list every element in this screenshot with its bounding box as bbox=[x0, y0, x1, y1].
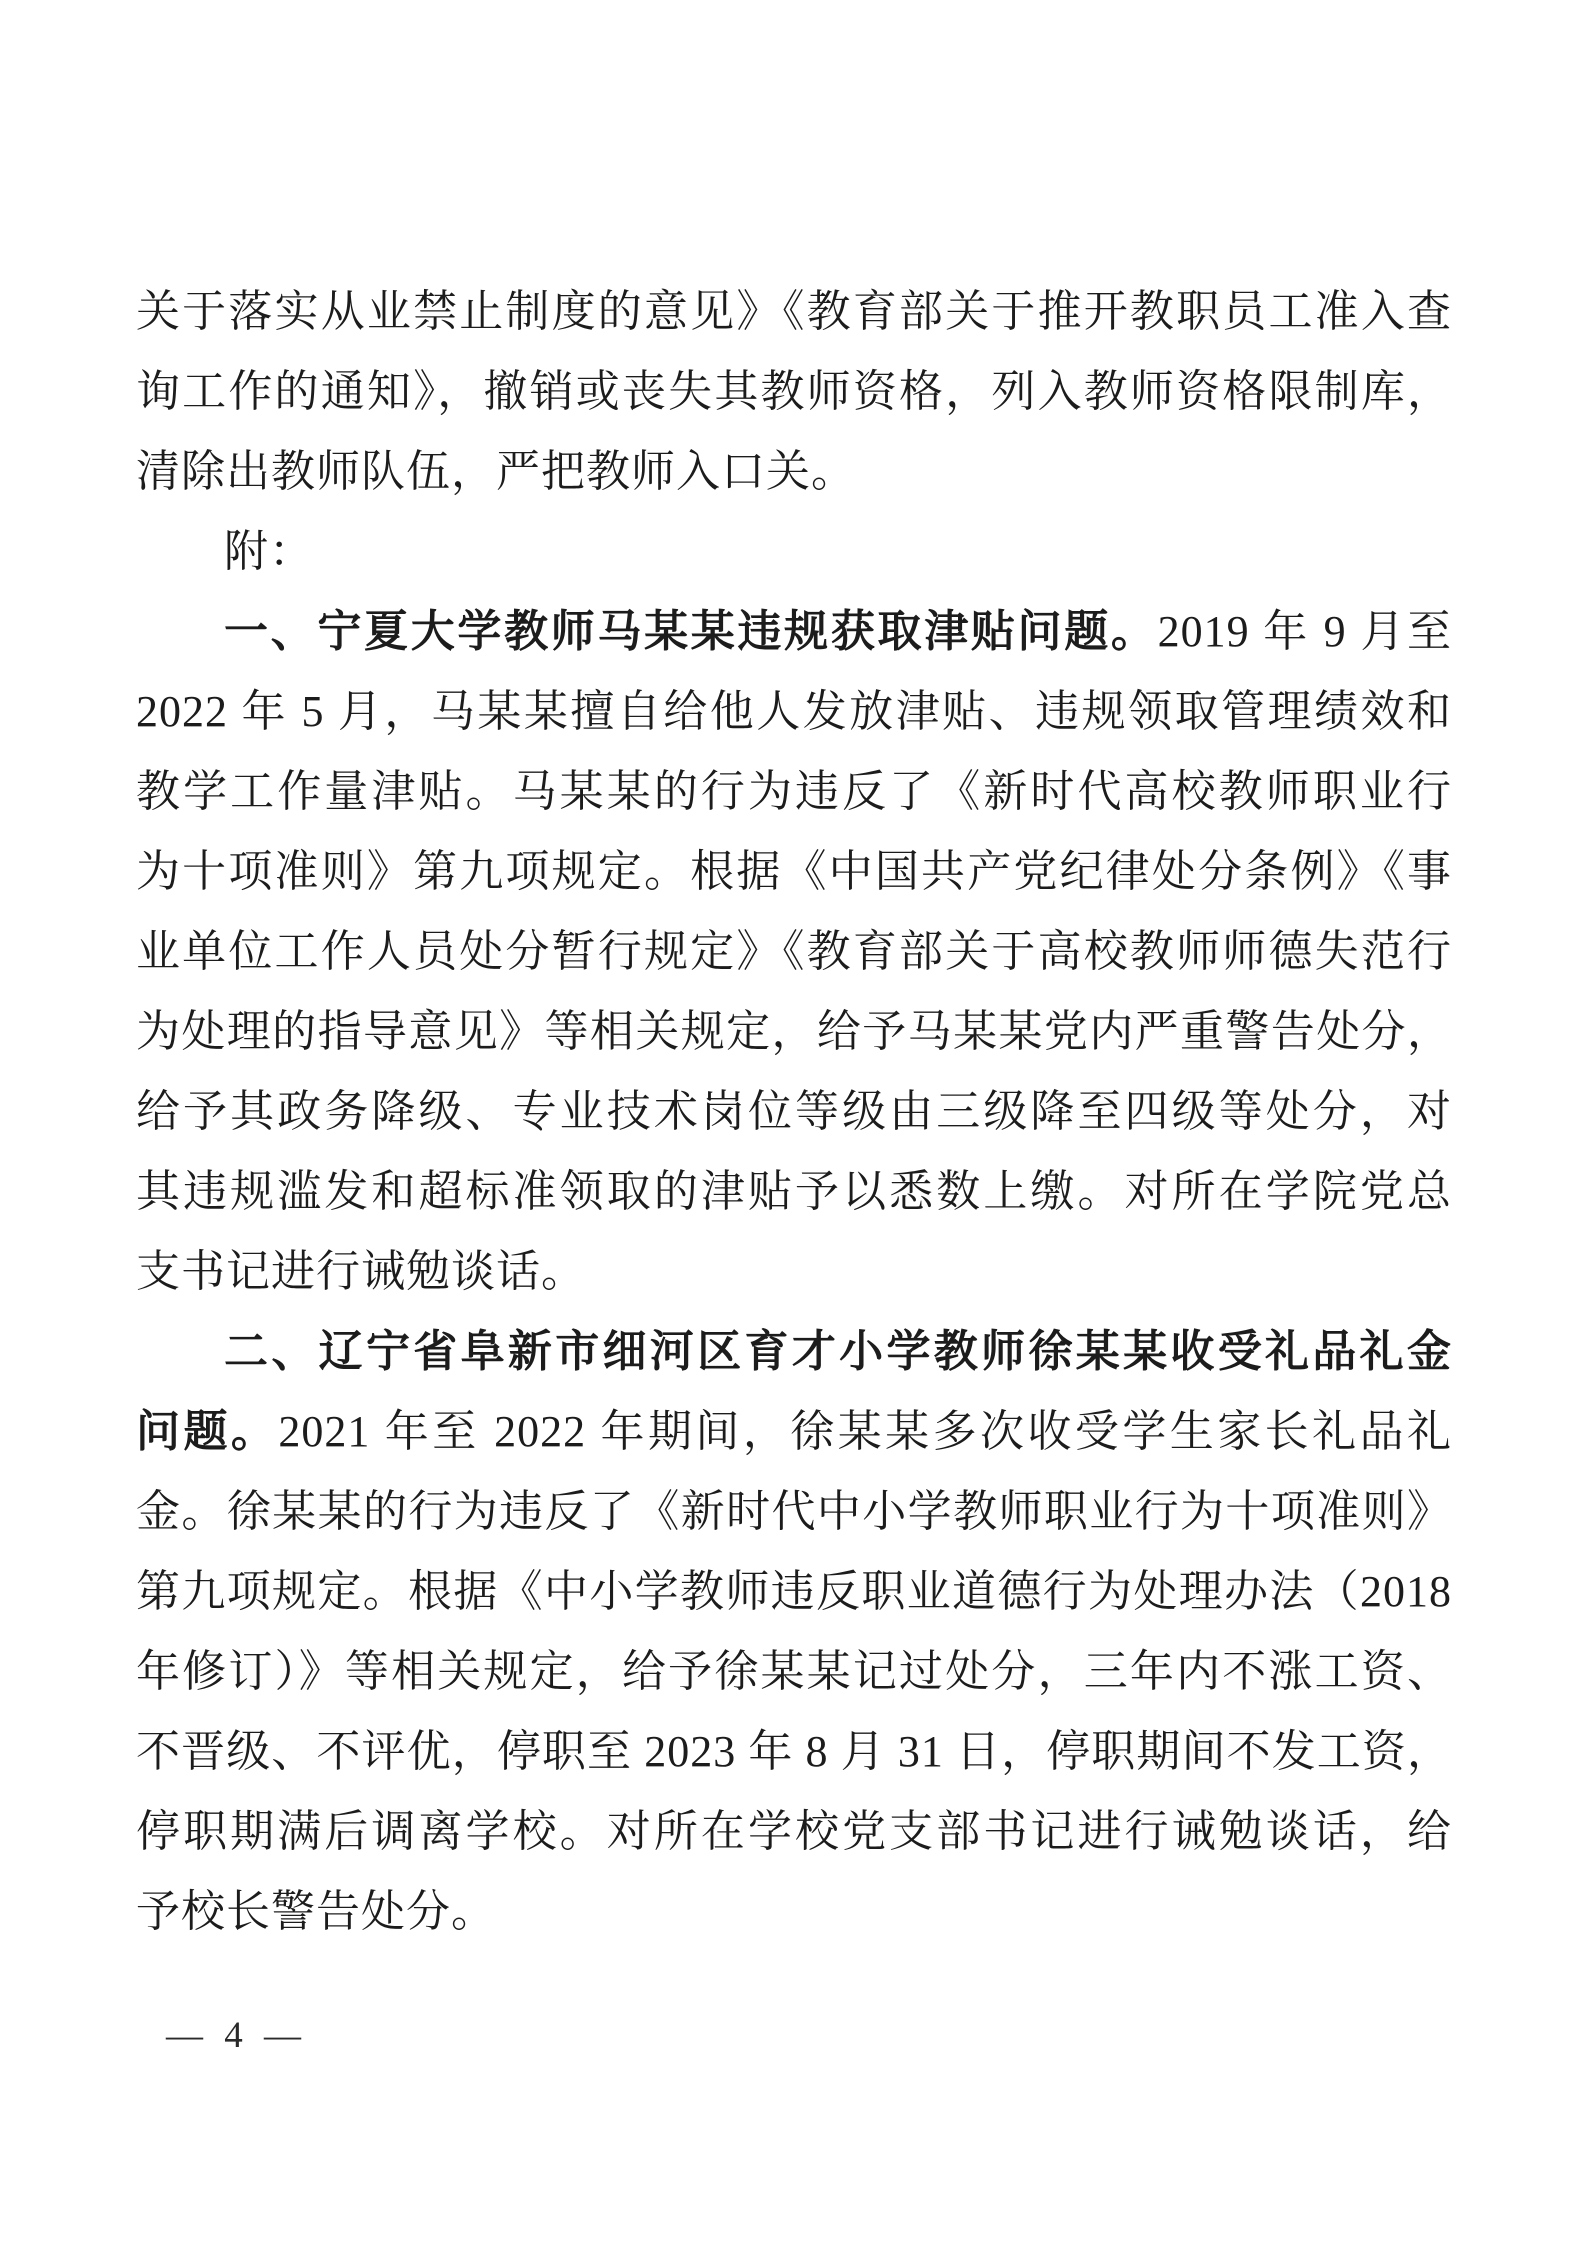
body-text: 为十项准则》第九项规定。根据《中国共产党纪律处分条例》《事 bbox=[136, 847, 1452, 896]
page-number: — 4 — bbox=[166, 2012, 307, 2060]
text-line: 其违规滥发和超标准领取的津贴予以悉数上缴。对所在学院党总 bbox=[136, 1152, 1452, 1232]
body-text: 附： bbox=[224, 527, 314, 576]
text-line: 停职期满后调离学校。对所在学校党支部书记进行诫勉谈话，给 bbox=[136, 1792, 1452, 1872]
text-line: 一、宁夏大学教师马某某违规获取津贴问题。2019 年 9 月至 bbox=[136, 592, 1452, 672]
text-line: 予校长警告处分。 bbox=[136, 1872, 1452, 1952]
body-text: 询工作的通知》，撤销或丧失其教师资格，列入教师资格限制库， bbox=[136, 367, 1452, 416]
body-text: 2022 年 5 月，马某某擅自给他人发放津贴、违规领取管理绩效和 bbox=[136, 687, 1452, 736]
text-line: 关于落实从业禁止制度的意见》《教育部关于推开教职员工准入查 bbox=[136, 272, 1452, 352]
text-line: 清除出教师队伍，严把教师入口关。 bbox=[136, 432, 1452, 512]
text-line: 金。徐某某的行为违反了《新时代中小学教师职业行为十项准则》 bbox=[136, 1472, 1452, 1552]
document-body: 关于落实从业禁止制度的意见》《教育部关于推开教职员工准入查询工作的通知》，撤销或… bbox=[136, 272, 1452, 1952]
body-text: 清除出教师队伍，严把教师入口关。 bbox=[136, 447, 856, 496]
body-text: 关于落实从业禁止制度的意见》《教育部关于推开教职员工准入查 bbox=[136, 287, 1452, 336]
text-line: 支书记进行诫勉谈话。 bbox=[136, 1232, 1452, 1312]
body-text: 其违规滥发和超标准领取的津贴予以悉数上缴。对所在学院党总 bbox=[136, 1167, 1452, 1216]
case-title-text: 问题。 bbox=[136, 1407, 278, 1456]
body-text: 第九项规定。根据《中小学教师违反职业道德行为处理办法（2018 bbox=[136, 1567, 1452, 1616]
text-line: 年修订）》等相关规定，给予徐某某记过处分，三年内不涨工资、 bbox=[136, 1632, 1452, 1712]
body-text: 停职期满后调离学校。对所在学校党支部书记进行诫勉谈话，给 bbox=[136, 1807, 1452, 1856]
body-text: 予校长警告处分。 bbox=[136, 1887, 496, 1936]
document-page: 关于落实从业禁止制度的意见》《教育部关于推开教职员工准入查询工作的通知》，撤销或… bbox=[0, 0, 1587, 2245]
case-title-text: 一、宁夏大学教师马某某违规获取津贴问题。 bbox=[224, 607, 1158, 656]
body-text: 业单位工作人员处分暂行规定》《教育部关于高校教师师德失范行 bbox=[136, 927, 1452, 976]
body-text: 教学工作量津贴。马某某的行为违反了《新时代高校教师职业行 bbox=[136, 767, 1452, 816]
text-line: 2022 年 5 月，马某某擅自给他人发放津贴、违规领取管理绩效和 bbox=[136, 672, 1452, 752]
body-text: 支书记进行诫勉谈话。 bbox=[136, 1247, 586, 1296]
body-text: 为处理的指导意见》等相关规定，给予马某某党内严重警告处分， bbox=[136, 1007, 1452, 1056]
body-text: 给予其政务降级、专业技术岗位等级由三级降至四级等处分，对 bbox=[136, 1087, 1452, 1136]
text-line: 附： bbox=[136, 512, 1452, 592]
text-line: 问题。2021 年至 2022 年期间，徐某某多次收受学生家长礼品礼 bbox=[136, 1392, 1452, 1472]
text-line: 为十项准则》第九项规定。根据《中国共产党纪律处分条例》《事 bbox=[136, 832, 1452, 912]
text-line: 询工作的通知》，撤销或丧失其教师资格，列入教师资格限制库， bbox=[136, 352, 1452, 432]
text-line: 第九项规定。根据《中小学教师违反职业道德行为处理办法（2018 bbox=[136, 1552, 1452, 1632]
body-text: 2019 年 9 月至 bbox=[1158, 607, 1452, 656]
text-line: 教学工作量津贴。马某某的行为违反了《新时代高校教师职业行 bbox=[136, 752, 1452, 832]
text-line: 给予其政务降级、专业技术岗位等级由三级降至四级等处分，对 bbox=[136, 1072, 1452, 1152]
body-text: 年修订）》等相关规定，给予徐某某记过处分，三年内不涨工资、 bbox=[136, 1647, 1452, 1696]
body-text: 不晋级、不评优，停职至 2023 年 8 月 31 日，停职期间不发工资， bbox=[136, 1727, 1452, 1776]
case-title-text: 二、辽宁省阜新市细河区育才小学教师徐某某收受礼品礼金 bbox=[224, 1327, 1452, 1376]
body-text: 2021 年至 2022 年期间，徐某某多次收受学生家长礼品礼 bbox=[278, 1407, 1452, 1456]
text-line: 二、辽宁省阜新市细河区育才小学教师徐某某收受礼品礼金 bbox=[136, 1312, 1452, 1392]
text-line: 不晋级、不评优，停职至 2023 年 8 月 31 日，停职期间不发工资， bbox=[136, 1712, 1452, 1792]
text-line: 业单位工作人员处分暂行规定》《教育部关于高校教师师德失范行 bbox=[136, 912, 1452, 992]
text-line: 为处理的指导意见》等相关规定，给予马某某党内严重警告处分， bbox=[136, 992, 1452, 1072]
body-text: 金。徐某某的行为违反了《新时代中小学教师职业行为十项准则》 bbox=[136, 1487, 1452, 1536]
